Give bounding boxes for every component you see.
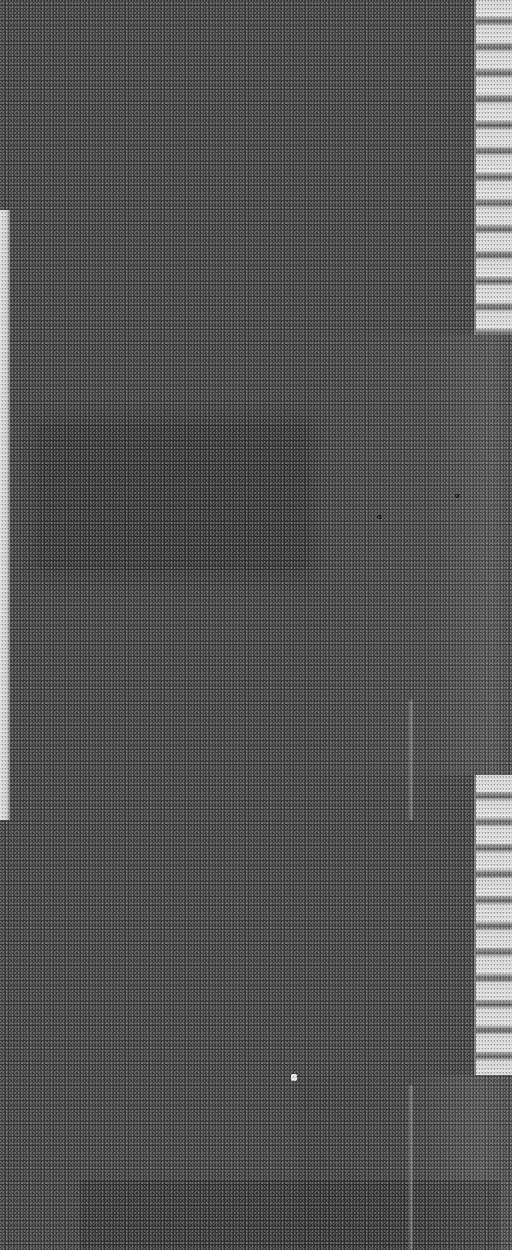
crosswalk-top (474, 0, 512, 335)
crosswalk-bottom (474, 775, 512, 1075)
pothole-small (377, 515, 382, 519)
dark-patch-bottom (80, 1180, 500, 1250)
sealed-crack-bottom (408, 1085, 414, 1250)
road-surface-image (0, 0, 512, 1250)
left-edge-line (0, 210, 10, 820)
dark-patch-left (38, 425, 308, 570)
repair-patch-right (318, 335, 512, 775)
pothole-small (455, 494, 460, 498)
debris-spot (291, 1074, 297, 1081)
pavement-seam (236, 0, 238, 1250)
sealed-crack-mid (408, 700, 414, 820)
